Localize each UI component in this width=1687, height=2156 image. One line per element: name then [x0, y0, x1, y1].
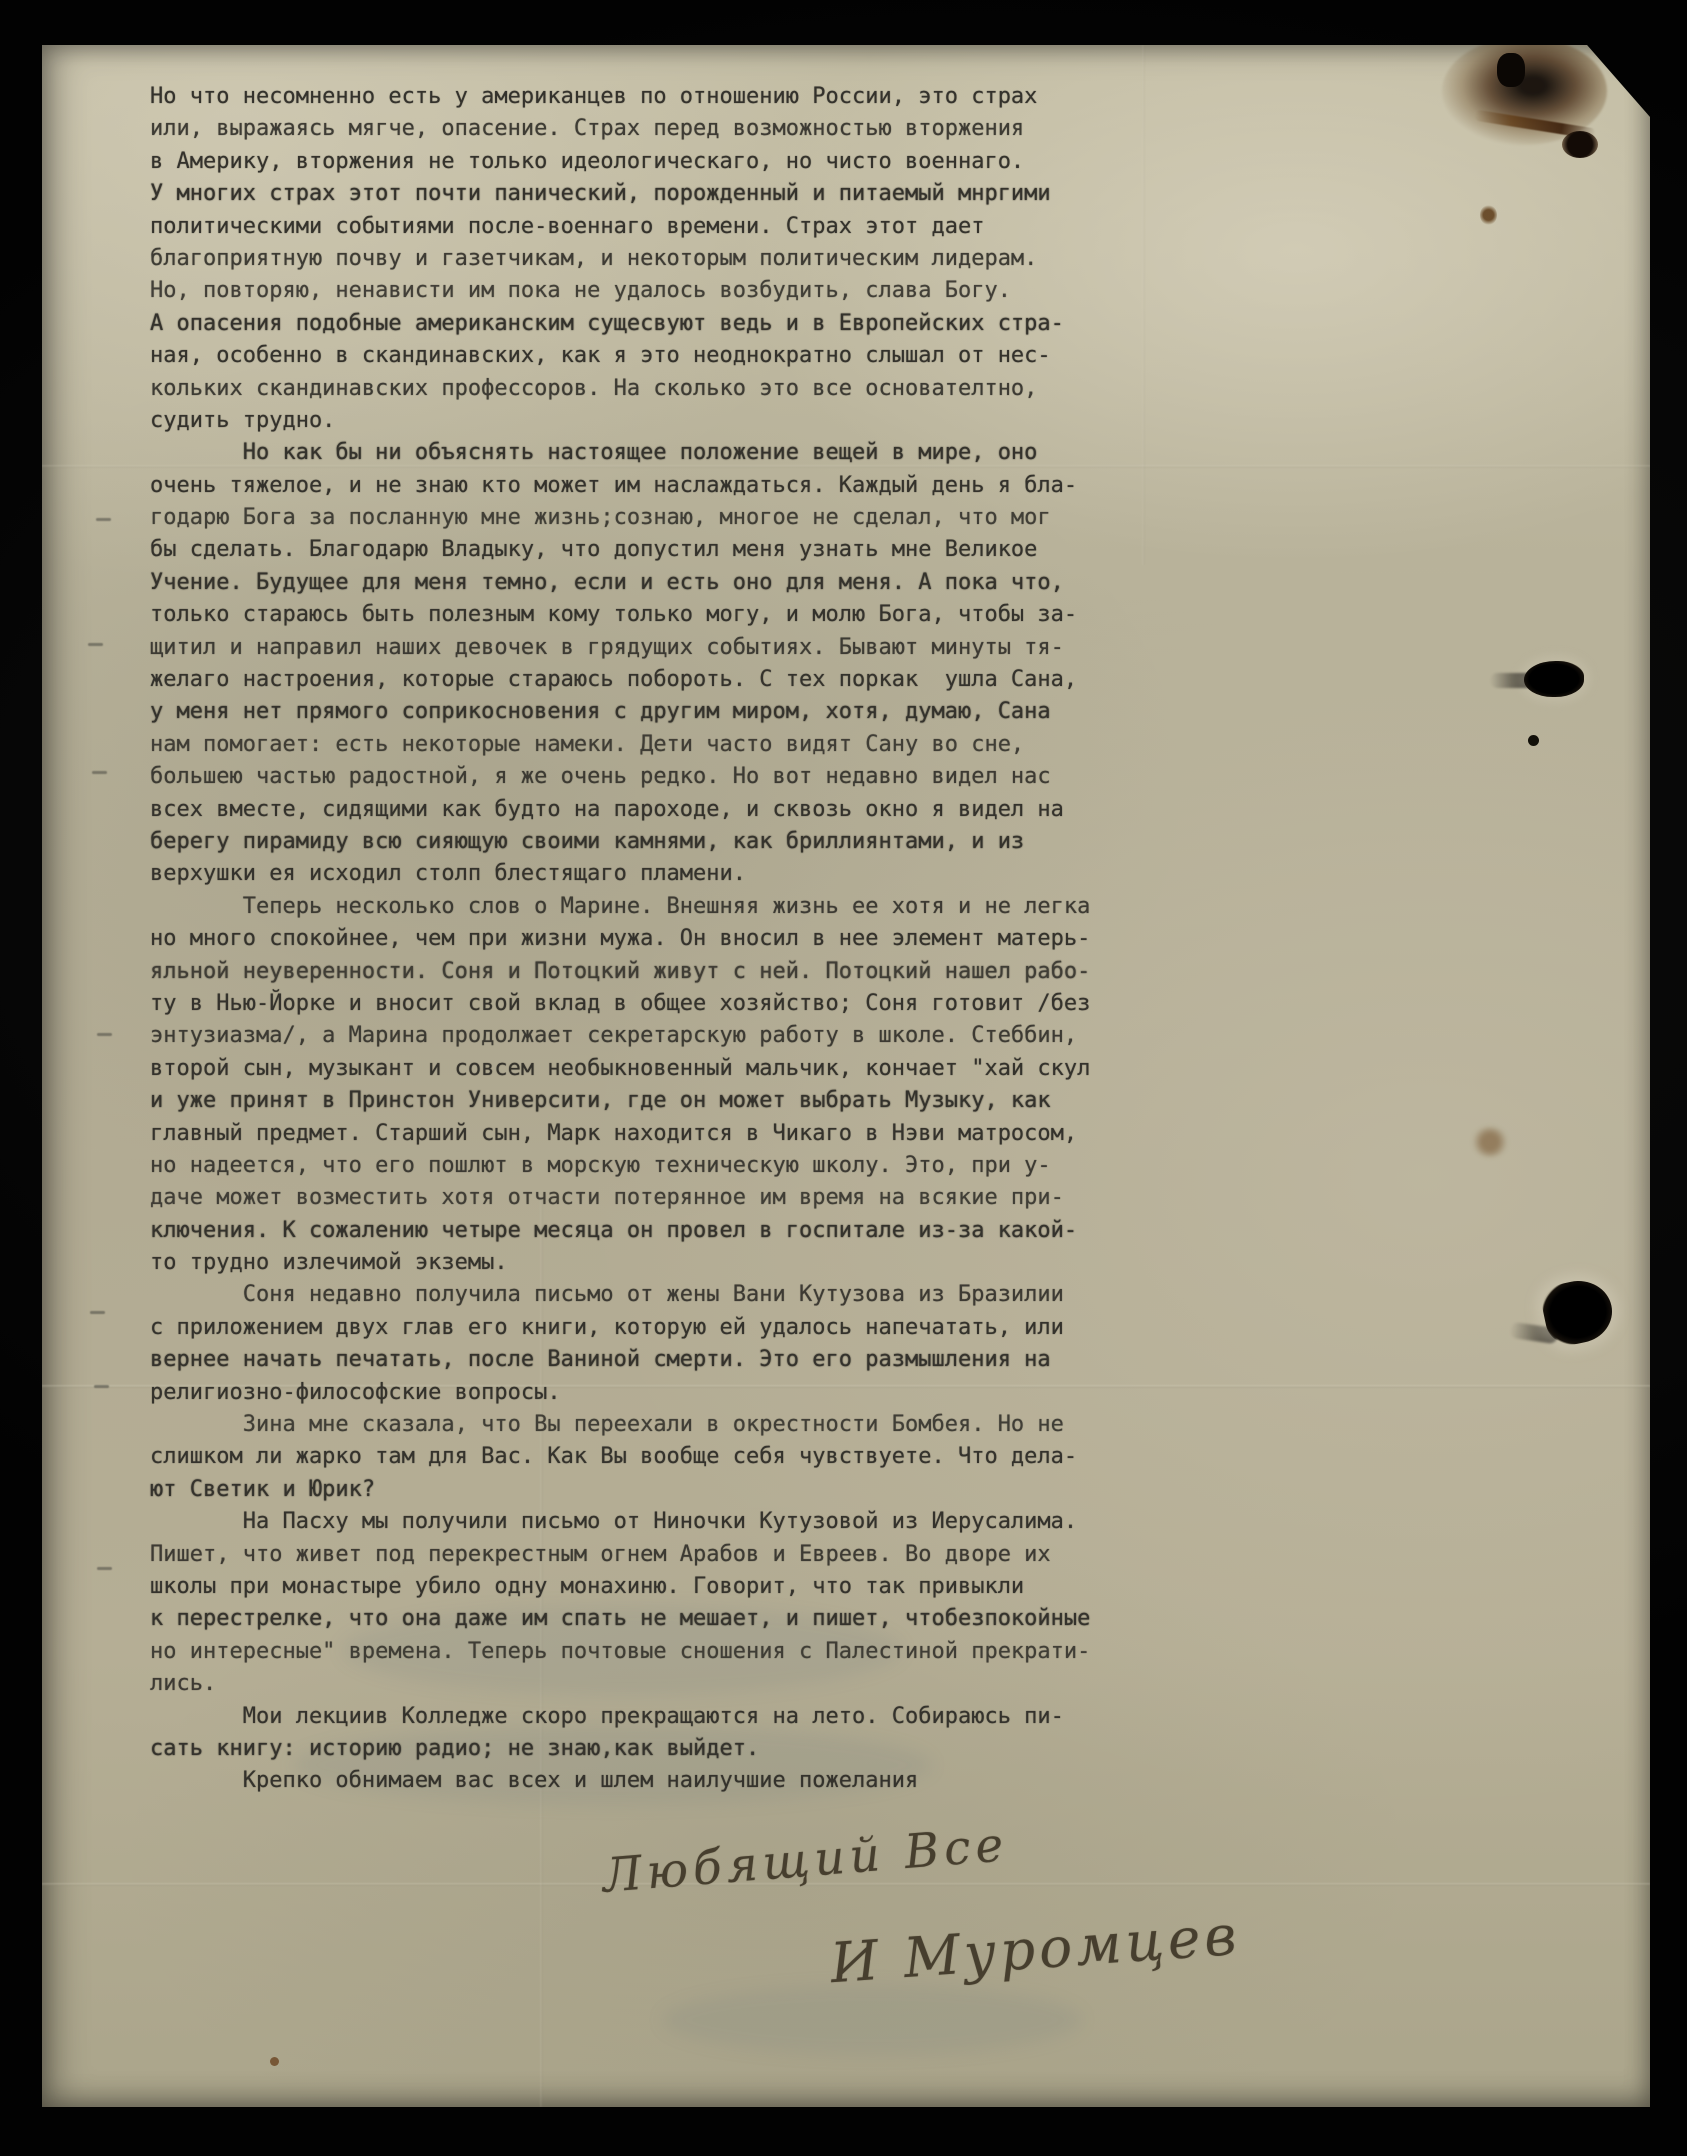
- letter-line: На Пасху мы получили письмо от Ниночки К…: [150, 1506, 1160, 1538]
- letter-line: большею частью радостной, я же очень ред…: [150, 761, 1160, 793]
- letter-page: Но что несомненно есть у американцев по …: [42, 45, 1650, 2107]
- ink-showthrough: [662, 1985, 1082, 2055]
- letter-line: но много спокойнее, чем при жизни мужа. …: [150, 923, 1160, 955]
- burn-dot: [1480, 205, 1497, 225]
- letter-line: благоприятную почву и газетчикам, и неко…: [150, 243, 1160, 275]
- letter-line: или, выражаясь мягче, опасение. Страх пе…: [150, 113, 1160, 145]
- margin-pencil-mark: [90, 1311, 105, 1314]
- letter-line: Соня недавно получила письмо от жены Ван…: [150, 1279, 1160, 1311]
- paper-hole: [1524, 661, 1584, 697]
- letter-line: к перестрелке, что она даже им спать не …: [150, 1603, 1160, 1635]
- letter-line: годарю Бога за посланную мне жизнь;созна…: [150, 502, 1160, 534]
- letter-line: то трудно излечимой экземы.: [150, 1247, 1160, 1279]
- letter-line: в Америку, вторжения не только идеологич…: [150, 146, 1160, 178]
- letter-line: только стараюсь быть полезным кому тольк…: [150, 599, 1160, 631]
- letter-line: даче может возместить хотя отчасти потер…: [150, 1182, 1160, 1214]
- letter-line: Но, повторяю, ненависти им пока не удало…: [150, 275, 1160, 307]
- letter-body: Но что несомненно есть у американцев по …: [150, 81, 1160, 1798]
- letter-line: энтузиазма/, а Марина продолжает секрета…: [150, 1020, 1160, 1052]
- letter-line: главный предмет. Старший сын, Марк наход…: [150, 1118, 1160, 1150]
- letter-line: ная, особенно в скандинавских, как я это…: [150, 340, 1160, 372]
- burn-streak-dot: [1562, 131, 1598, 158]
- letter-line: Но как бы ни объяснять настоящее положен…: [150, 437, 1160, 469]
- letter-line: всех вместе, сидящими как будто на парох…: [150, 794, 1160, 826]
- letter-line: Но что несомненно есть у американцев по …: [150, 81, 1160, 113]
- burn-stain-core: [1497, 53, 1525, 87]
- letter-line: очень тяжелое, и не знаю кто может им на…: [150, 470, 1160, 502]
- letter-line: судить трудно.: [150, 405, 1160, 437]
- letter-line: но интересные" времена. Теперь почтовые …: [150, 1636, 1160, 1668]
- letter-line: слишком ли жарко там для Вас. Как Вы воо…: [150, 1441, 1160, 1473]
- letter-line: сать книгу: историю радио; не знаю,как в…: [150, 1733, 1160, 1765]
- ink-dot: [1528, 735, 1539, 746]
- letter-line: и уже принят в Принстон Университи, где …: [150, 1085, 1160, 1117]
- margin-pencil-mark: [88, 643, 103, 646]
- letter-line: лись.: [150, 1668, 1160, 1700]
- letter-line: Учение. Будущее для меня темно, если и е…: [150, 567, 1160, 599]
- letter-line: щитил и направил наших девочек в грядущи…: [150, 632, 1160, 664]
- margin-pencil-mark: [96, 518, 111, 521]
- letter-line: желаго настроения, которые стараюсь побо…: [150, 664, 1160, 696]
- margin-pencil-mark: [94, 1385, 109, 1388]
- signature-name: И Муромцев: [828, 1903, 1242, 1995]
- letter-line: Теперь несколько слов о Марине. Внешняя …: [150, 891, 1160, 923]
- letter-line: яльной неуверенности. Соня и Потоцкий жи…: [150, 956, 1160, 988]
- letter-line: с приложением двух глав его книги, котор…: [150, 1312, 1160, 1344]
- letter-line: Мои лекциив Колледже скоро прекращаются …: [150, 1701, 1160, 1733]
- letter-line: Пишет, что живет под перекрестным огнем …: [150, 1539, 1160, 1571]
- letter-line: ют Светик и Юрик?: [150, 1474, 1160, 1506]
- letter-line: кольких скандинавских профессоров. На ск…: [150, 373, 1160, 405]
- letter-line: политическими событиями после-военнаго в…: [150, 211, 1160, 243]
- margin-pencil-mark: [92, 771, 107, 774]
- letter-line: У многих страх этот почти панический, по…: [150, 178, 1160, 210]
- letter-line: ключения. К сожалению четыре месяца он п…: [150, 1215, 1160, 1247]
- letter-line: берегу пирамиду всю сияющую своими камня…: [150, 826, 1160, 858]
- stain-dot: [270, 2057, 279, 2066]
- letter-line: религиозно-философские вопросы.: [150, 1377, 1160, 1409]
- letter-line: бы сделать. Благодарю Владыку, что допус…: [150, 534, 1160, 566]
- letter-line: ту в Нью-Йорке и вносит свой вклад в общ…: [150, 988, 1160, 1020]
- letter-line: верхушки ея исходил столп блестящаго пла…: [150, 858, 1160, 890]
- margin-pencil-mark: [97, 1567, 112, 1570]
- letter-line: Крепко обнимаем вас всех и шлем наилучши…: [150, 1765, 1160, 1797]
- photo-background: Но что несомненно есть у американцев по …: [0, 0, 1687, 2156]
- letter-line: у меня нет прямого соприкосновения с дру…: [150, 696, 1160, 728]
- letter-line: А опасения подобные американским сущесву…: [150, 308, 1160, 340]
- letter-line: второй сын, музыкант и совсем необыкнове…: [150, 1053, 1160, 1085]
- letter-line: нам помогает: есть некоторые намеки. Дет…: [150, 729, 1160, 761]
- signature-closing: Любящий Все: [600, 1817, 1010, 1904]
- stain-smudge: [1472, 1127, 1508, 1157]
- letter-line: но надеется, что его пошлют в морскую те…: [150, 1150, 1160, 1182]
- margin-pencil-mark: [97, 1033, 112, 1036]
- letter-line: вернее начать печатать, после Ваниной см…: [150, 1344, 1160, 1376]
- letter-line: школы при монастыре убило одну монахиню.…: [150, 1571, 1160, 1603]
- letter-line: Зина мне сказала, что Вы переехали в окр…: [150, 1409, 1160, 1441]
